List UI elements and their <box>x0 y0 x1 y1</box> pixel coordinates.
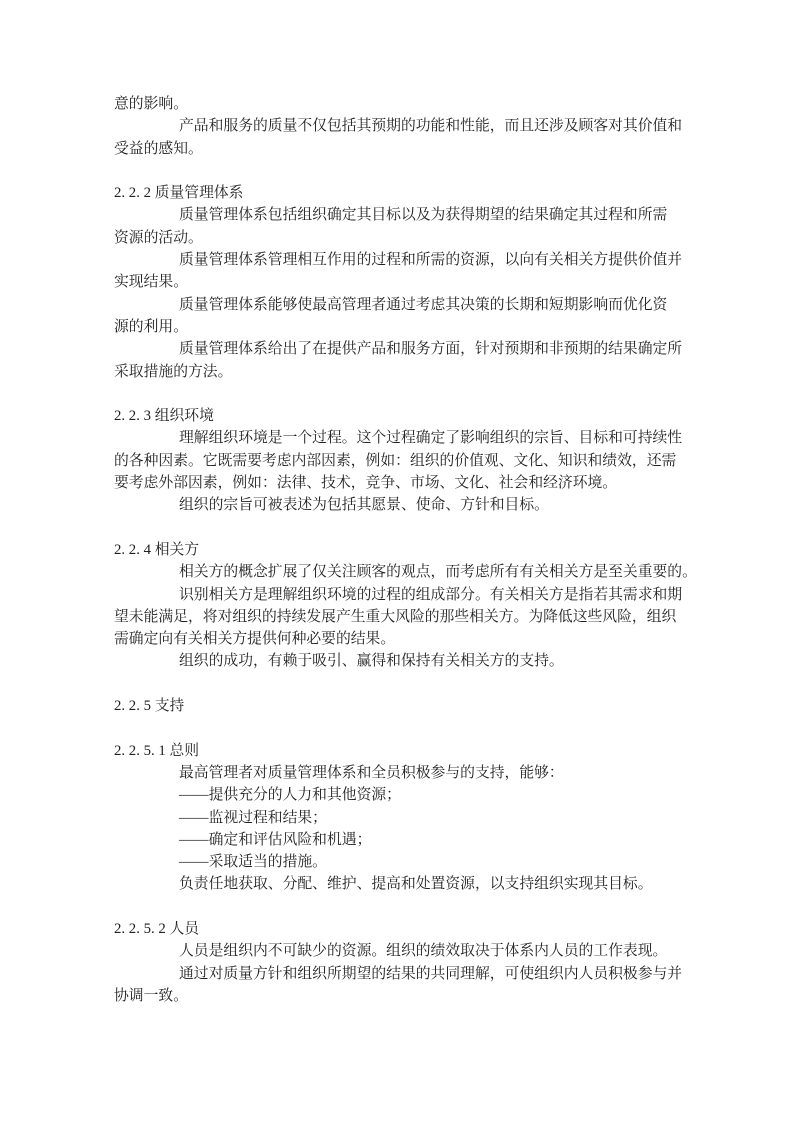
text-line: ——确定和评估风险和机遇； <box>114 829 764 851</box>
text-line: ——监视过程和结果； <box>114 807 764 829</box>
text-line: 负责任地获取、分配、维护、提高和处置资源，以支持组织实现其目标。 <box>114 873 764 895</box>
blank-line <box>114 896 764 918</box>
text-line: 资源的活动。 <box>114 227 764 249</box>
text-line: 采取措施的方法。 <box>114 361 764 383</box>
text-line: ——提供充分的人力和其他资源； <box>114 784 764 806</box>
text-line: 质量管理体系包括组织确定其目标以及为获得期望的结果确定其过程和所需 <box>114 204 764 226</box>
page-text: 意的影响。产品和服务的质量不仅包括其预期的功能和性能，而且还涉及顾客对其价值和受… <box>114 93 764 1007</box>
text-line: 的各种因素。它既需要考虑内部因素，例如：组织的价值观、文化、知识和绩效，还需 <box>114 450 764 472</box>
section-heading: 2. 2. 5. 1 总则 <box>114 740 764 762</box>
blank-line <box>114 517 764 539</box>
text-line: 通过对质量方针和组织所期望的结果的共同理解，可使组织内人员积极参与并 <box>114 963 764 985</box>
text-line: 最高管理者对质量管理体系和全员积极参与的支持，能够： <box>114 762 764 784</box>
blank-line <box>114 717 764 739</box>
blank-line <box>114 383 764 405</box>
section-heading: 2. 2. 2 质量管理体系 <box>114 182 764 204</box>
text-line: 意的影响。 <box>114 93 764 115</box>
text-line: 质量管理体系管理相互作用的过程和所需的资源，以向有关相关方提供价值并 <box>114 249 764 271</box>
blank-line <box>114 673 764 695</box>
text-line: 识别相关方是理解组织环境的过程的组成部分。有关相关方是指若其需求和期 <box>114 584 764 606</box>
section-heading: 2. 2. 5 支持 <box>114 695 764 717</box>
text-line: 产品和服务的质量不仅包括其预期的功能和性能，而且还涉及顾客对其价值和 <box>114 115 764 137</box>
section-heading: 2. 2. 5. 2 人员 <box>114 918 764 940</box>
section-heading: 2. 2. 3 组织环境 <box>114 405 764 427</box>
text-line: 组织的成功，有赖于吸引、赢得和保持有关相关方的支持。 <box>114 650 764 672</box>
text-line: 要考虑外部因素，例如：法律、技术，竞争、市场、文化、社会和经济环境。 <box>114 472 764 494</box>
text-line: 人员是组织内不可缺少的资源。组织的绩效取决于体系内人员的工作表现。 <box>114 940 764 962</box>
text-line: 望未能满足，将对组织的持续发展产生重大风险的那些相关方。为降低这些风险，组织 <box>114 606 764 628</box>
text-line: 需确定向有关相关方提供何种必要的结果。 <box>114 628 764 650</box>
text-line: 实现结果。 <box>114 271 764 293</box>
blank-line <box>114 160 764 182</box>
text-line: 相关方的概念扩展了仅关注顾客的观点，而考虑所有有关相关方是至关重要的。 <box>114 561 764 583</box>
text-line: ——采取适当的措施。 <box>114 851 764 873</box>
text-line: 质量管理体系能够使最高管理者通过考虑其决策的长期和短期影响而优化资 <box>114 294 764 316</box>
section-heading: 2. 2. 4 相关方 <box>114 539 764 561</box>
text-line: 协调一致。 <box>114 985 764 1007</box>
text-line: 组织的宗旨可被表述为包括其愿景、使命、方针和目标。 <box>114 494 764 516</box>
text-line: 源的利用。 <box>114 316 764 338</box>
document-page: 意的影响。产品和服务的质量不仅包括其预期的功能和性能，而且还涉及顾客对其价值和受… <box>0 0 793 1122</box>
text-line: 受益的感知。 <box>114 138 764 160</box>
text-line: 理解组织环境是一个过程。这个过程确定了影响组织的宗旨、目标和可持续性 <box>114 427 764 449</box>
text-line: 质量管理体系给出了在提供产品和服务方面，针对预期和非预期的结果确定所 <box>114 338 764 360</box>
